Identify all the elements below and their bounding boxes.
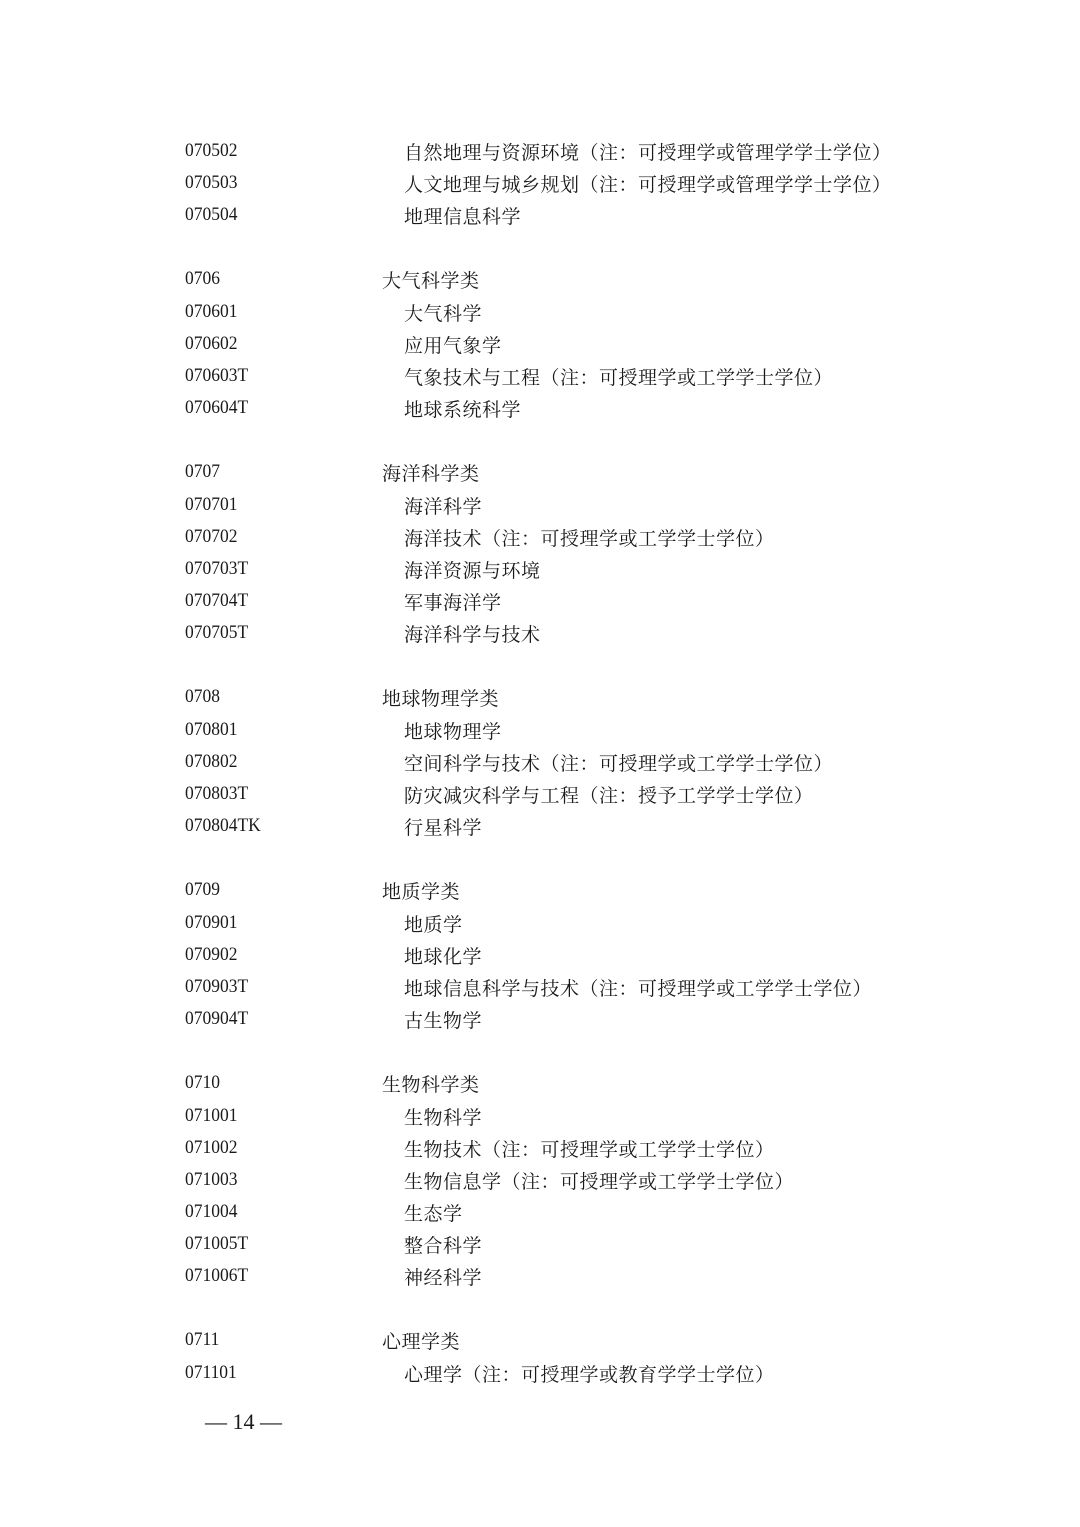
major-code: 070503 bbox=[185, 169, 237, 197]
major-name: 生态学 bbox=[404, 1200, 463, 1228]
category-heading: 0706 大气科学类 bbox=[0, 265, 1080, 297]
major-name: 地球信息科学与技术（注：可授理学或工学学士学位） bbox=[404, 975, 872, 1003]
major-code: 070901 bbox=[185, 909, 237, 937]
major-name: 海洋技术（注：可授理学或工学学士学位） bbox=[404, 525, 775, 553]
list-item: 070903T 地球信息科学与技术（注：可授理学或工学学士学位） bbox=[0, 973, 1080, 1005]
major-code: 070904T bbox=[185, 1005, 248, 1033]
major-code: 070803T bbox=[185, 780, 248, 808]
major-name: 古生物学 bbox=[404, 1007, 482, 1035]
list-item: 070702 海洋技术（注：可授理学或工学学士学位） bbox=[0, 523, 1080, 555]
major-name: 地理信息科学 bbox=[404, 203, 521, 231]
category-code: 0707 bbox=[185, 458, 220, 486]
major-name: 地球系统科学 bbox=[404, 396, 521, 424]
major-code: 070702 bbox=[185, 523, 237, 551]
category-code: 0711 bbox=[185, 1326, 219, 1354]
major-name: 神经科学 bbox=[404, 1264, 482, 1292]
category-name: 大气科学类 bbox=[382, 267, 480, 295]
list-item: 070602 应用气象学 bbox=[0, 330, 1080, 362]
list-item: 070603T 气象技术与工程（注：可授理学或工学学士学位） bbox=[0, 362, 1080, 394]
major-code: 070703T bbox=[185, 555, 248, 583]
major-code: 070604T bbox=[185, 394, 248, 422]
major-name: 自然地理与资源环境（注：可授理学或管理学学士学位） bbox=[404, 139, 892, 167]
major-code: 071003 bbox=[185, 1166, 237, 1194]
list-item: 071001 生物科学 bbox=[0, 1102, 1080, 1134]
list-item: 070902 地球化学 bbox=[0, 941, 1080, 973]
list-item: 071101 心理学（注：可授理学或教育学学士学位） bbox=[0, 1359, 1080, 1391]
major-code: 070802 bbox=[185, 748, 237, 776]
list-item: 070503 人文地理与城乡规划（注：可授理学或管理学学士学位） bbox=[0, 169, 1080, 201]
list-item: 070705T 海洋科学与技术 bbox=[0, 619, 1080, 651]
major-code: 071002 bbox=[185, 1134, 237, 1162]
major-name: 地球化学 bbox=[404, 943, 482, 971]
list-item: 070703T 海洋资源与环境 bbox=[0, 555, 1080, 587]
major-code: 070602 bbox=[185, 330, 237, 358]
page-number: — 14 — bbox=[205, 1407, 282, 1437]
list-item: 071004 生态学 bbox=[0, 1198, 1080, 1230]
major-code: 070504 bbox=[185, 201, 237, 229]
category-name: 心理学类 bbox=[382, 1328, 460, 1356]
list-item: 070601 大气科学 bbox=[0, 298, 1080, 330]
major-name: 人文地理与城乡规划（注：可授理学或管理学学士学位） bbox=[404, 171, 892, 199]
major-code: 071006T bbox=[185, 1262, 248, 1290]
list-item: 070801 地球物理学 bbox=[0, 716, 1080, 748]
list-item: 071002 生物技术（注：可授理学或工学学士学位） bbox=[0, 1134, 1080, 1166]
category-name: 生物科学类 bbox=[382, 1071, 480, 1099]
major-code: 071004 bbox=[185, 1198, 237, 1226]
major-code: 070704T bbox=[185, 587, 248, 615]
major-code: 070502 bbox=[185, 137, 237, 165]
category-heading: 0708 地球物理学类 bbox=[0, 683, 1080, 715]
list-item: 070904T 古生物学 bbox=[0, 1005, 1080, 1037]
major-name: 行星科学 bbox=[404, 814, 482, 842]
major-name: 地球物理学 bbox=[404, 718, 502, 746]
category-code: 0710 bbox=[185, 1069, 220, 1097]
major-code: 070804TK bbox=[185, 812, 261, 840]
category-heading: 0707 海洋科学类 bbox=[0, 458, 1080, 490]
major-name: 气象技术与工程（注：可授理学或工学学士学位） bbox=[404, 364, 833, 392]
list-item: 071006T 神经科学 bbox=[0, 1262, 1080, 1294]
major-name: 生物信息学（注：可授理学或工学学士学位） bbox=[404, 1168, 794, 1196]
major-name: 海洋科学与技术 bbox=[404, 621, 541, 649]
list-item: 070502 自然地理与资源环境（注：可授理学或管理学学士学位） bbox=[0, 137, 1080, 169]
major-name: 应用气象学 bbox=[404, 332, 502, 360]
category-heading: 0709 地质学类 bbox=[0, 876, 1080, 908]
major-name: 海洋科学 bbox=[404, 493, 482, 521]
list-item: 071005T 整合科学 bbox=[0, 1230, 1080, 1262]
category-code: 0708 bbox=[185, 683, 220, 711]
major-name: 大气科学 bbox=[404, 300, 482, 328]
major-name: 防灾减灾科学与工程（注：授予工学学士学位） bbox=[404, 782, 814, 810]
category-heading: 0711 心理学类 bbox=[0, 1326, 1080, 1358]
major-code: 071001 bbox=[185, 1102, 237, 1130]
list-item: 070901 地质学 bbox=[0, 909, 1080, 941]
major-name: 地质学 bbox=[404, 911, 463, 939]
major-name: 生物科学 bbox=[404, 1104, 482, 1132]
major-name: 生物技术（注：可授理学或工学学士学位） bbox=[404, 1136, 775, 1164]
major-code: 071005T bbox=[185, 1230, 248, 1258]
major-name: 心理学（注：可授理学或教育学学士学位） bbox=[404, 1361, 775, 1389]
major-code: 070801 bbox=[185, 716, 237, 744]
category-code: 0709 bbox=[185, 876, 220, 904]
major-code: 070603T bbox=[185, 362, 248, 390]
list-item: 070604T 地球系统科学 bbox=[0, 394, 1080, 426]
category-name: 地球物理学类 bbox=[382, 685, 499, 713]
category-name: 地质学类 bbox=[382, 878, 460, 906]
major-name: 整合科学 bbox=[404, 1232, 482, 1260]
category-heading: 0710 生物科学类 bbox=[0, 1069, 1080, 1101]
major-code: 070903T bbox=[185, 973, 248, 1001]
list-item: 070802 空间科学与技术（注：可授理学或工学学士学位） bbox=[0, 748, 1080, 780]
major-name: 海洋资源与环境 bbox=[404, 557, 541, 585]
list-item: 070804TK 行星科学 bbox=[0, 812, 1080, 844]
list-item: 070803T 防灾减灾科学与工程（注：授予工学学士学位） bbox=[0, 780, 1080, 812]
list-item: 070704T 军事海洋学 bbox=[0, 587, 1080, 619]
major-name: 军事海洋学 bbox=[404, 589, 502, 617]
list-item: 070701 海洋科学 bbox=[0, 491, 1080, 523]
list-item: 070504 地理信息科学 bbox=[0, 201, 1080, 233]
major-code: 070701 bbox=[185, 491, 237, 519]
major-code: 070902 bbox=[185, 941, 237, 969]
document-page: 070502 自然地理与资源环境（注：可授理学或管理学学士学位） 070503 … bbox=[0, 0, 1080, 1527]
major-code: 071101 bbox=[185, 1359, 237, 1387]
category-name: 海洋科学类 bbox=[382, 460, 480, 488]
category-code: 0706 bbox=[185, 265, 220, 293]
major-code: 070601 bbox=[185, 298, 237, 326]
major-name: 空间科学与技术（注：可授理学或工学学士学位） bbox=[404, 750, 833, 778]
major-code: 070705T bbox=[185, 619, 248, 647]
list-item: 071003 生物信息学（注：可授理学或工学学士学位） bbox=[0, 1166, 1080, 1198]
